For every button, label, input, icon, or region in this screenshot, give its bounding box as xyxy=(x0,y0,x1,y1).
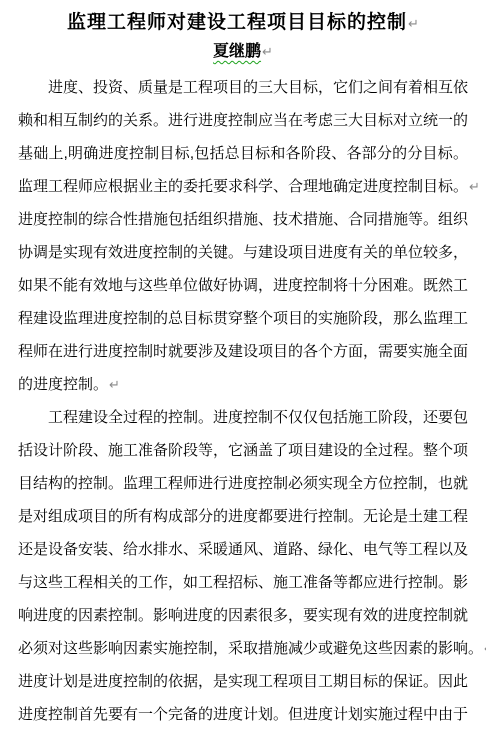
document-body: 进度、投资、质量是工程项目的三大目标，它们之间有着相互依 赖和相互制约的关系。进… xyxy=(18,71,468,731)
body-line-text: 程建设监理进度控制的总目标贯穿整个项目的实施阶段，那么监理工 xyxy=(18,310,468,327)
body-line-text: 目结构的控制。监理工程师进行进度控制必须实现全方位控制，也就 xyxy=(18,475,468,492)
author-name: 夏继鹏 xyxy=(213,43,261,60)
body-line-text: 与这些工程相关的工作，如工程招标、施工准备等都应进行控制。影 xyxy=(18,574,468,591)
document-title: 监理工程师对建设工程项目目标的控制↵ xyxy=(0,0,486,37)
body-line: 程师在进行进度控制时就要涉及建设项目的各个方面，需要实施全面 xyxy=(18,335,468,368)
body-line: 还是设备安装、给水排水、采暖通风、道路、绿化、电气等工程以及 xyxy=(18,533,468,566)
body-line-text: 还是设备安装、给水排水、采暖通风、道路、绿化、电气等工程以及 xyxy=(18,541,468,558)
body-line-text: 进度计划是进度控制的依据，是实现工程项目工期目标的保证。因此 xyxy=(18,673,468,690)
body-line: 响进度的因素控制。影响进度的因素很多，要实现有效的进度控制就 xyxy=(18,599,468,632)
body-line: 工程建设全过程的控制。进度控制不仅仅包括施工阶段，还要包 xyxy=(18,401,468,434)
body-line-text: 进度、投资、质量是工程项目的三大目标，它们之间有着相互依 xyxy=(48,79,468,96)
body-line-text: 必须对这些影响因素实施控制，采取措施减少或避免这些因素的影响。 xyxy=(18,640,483,657)
body-line-text: 监理工程师应根据业主的委托要求科学、合理地确定进度控制目标。 xyxy=(18,178,468,195)
body-line: 进度、投资、质量是工程项目的三大目标，它们之间有着相互依 xyxy=(18,71,468,104)
paragraph-mark-icon: ↵ xyxy=(109,377,120,392)
body-line: 是对组成项目的所有构成部分的进度都要进行控制。无论是土建工程 xyxy=(18,500,468,533)
body-line: 监理工程师应根据业主的委托要求科学、合理地确定进度控制目标。↵ xyxy=(18,170,468,203)
body-line: 进度控制首先要有一个完备的进度计划。但进度计划实施过程中由于 xyxy=(18,698,468,731)
body-line: 必须对这些影响因素实施控制，采取措施减少或避免这些因素的影响。↵ xyxy=(18,632,468,665)
body-line-text: 协调是实现有效进度控制的关键。与建设项目进度有关的单位较多， xyxy=(18,244,468,261)
body-line-text: 进度控制首先要有一个完备的进度计划。但进度计划实施过程中由于 xyxy=(18,706,468,723)
body-line-text: 括设计阶段、施工准备阶段等，它涵盖了项目建设的全过程。整个项 xyxy=(18,442,468,459)
body-line-text: 是对组成项目的所有构成部分的进度都要进行控制。无论是土建工程 xyxy=(18,508,468,525)
body-line-text: 基础上,明确进度控制目标,包括总目标和各阶段、各部分的分目标。 xyxy=(18,145,468,162)
body-line: 赖和相互制约的关系。进行进度控制应当在考虑三大目标对立统一的 xyxy=(18,104,468,137)
document-page: 监理工程师对建设工程项目目标的控制↵ 夏继鹏↵ 进度、投资、质量是工程项目的三大… xyxy=(0,0,486,733)
body-line: 协调是实现有效进度控制的关键。与建设项目进度有关的单位较多， xyxy=(18,236,468,269)
body-line: 目结构的控制。监理工程师进行进度控制必须实现全方位控制，也就 xyxy=(18,467,468,500)
paragraph-mark-icon: ↵ xyxy=(262,44,273,59)
body-line-text: 响进度的因素控制。影响进度的因素很多，要实现有效的进度控制就 xyxy=(18,607,468,624)
body-line-text: 工程建设全过程的控制。进度控制不仅仅包括施工阶段，还要包 xyxy=(48,409,468,426)
body-line-text: 如果不能有效地与这些单位做好协调，进度控制将十分困难。既然工 xyxy=(18,277,468,294)
paragraph-mark-icon: ↵ xyxy=(469,179,480,194)
body-line: 如果不能有效地与这些单位做好协调，进度控制将十分困难。既然工 xyxy=(18,269,468,302)
body-line: 的进度控制。↵ xyxy=(18,368,468,401)
body-line: 基础上,明确进度控制目标,包括总目标和各阶段、各部分的分目标。 xyxy=(18,137,468,170)
paragraph-mark-icon: ↵ xyxy=(408,16,419,31)
body-line: 括设计阶段、施工准备阶段等，它涵盖了项目建设的全过程。整个项 xyxy=(18,434,468,467)
body-line-text: 程师在进行进度控制时就要涉及建设项目的各个方面，需要实施全面 xyxy=(18,343,468,360)
document-title-text: 监理工程师对建设工程项目目标的控制 xyxy=(67,12,407,33)
body-line: 进度计划是进度控制的依据，是实现工程项目工期目标的保证。因此 xyxy=(18,665,468,698)
body-line: 程建设监理进度控制的总目标贯穿整个项目的实施阶段，那么监理工 xyxy=(18,302,468,335)
body-line: 进度控制的综合性措施包括组织措施、技术措施、合同措施等。组织 xyxy=(18,203,468,236)
body-line-text: 的进度控制。 xyxy=(18,376,108,393)
author-line: 夏继鹏↵ xyxy=(0,40,486,63)
body-line-text: 进度控制的综合性措施包括组织措施、技术措施、合同措施等。组织 xyxy=(18,211,468,228)
body-line: 与这些工程相关的工作，如工程招标、施工准备等都应进行控制。影 xyxy=(18,566,468,599)
body-line-text: 赖和相互制约的关系。进行进度控制应当在考虑三大目标对立统一的 xyxy=(18,112,468,129)
